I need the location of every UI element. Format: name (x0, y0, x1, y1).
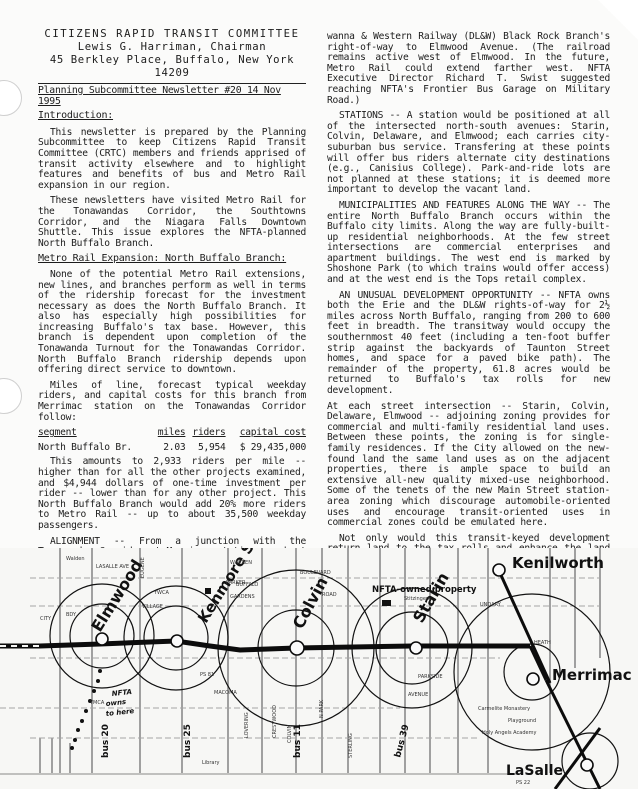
chairman: Lewis G. Harriman, Chairman (38, 41, 306, 54)
municipalities-paragraph: MUNICIPALITIES AND FEATURES ALONG THE WA… (327, 201, 610, 286)
svg-text:Stitzingers: Stitzingers (404, 596, 431, 602)
svg-text:PARKSIDE: PARKSIDE (418, 674, 443, 680)
svg-text:GARDENS: GARDENS (230, 594, 255, 600)
svg-text:STERLING: STERLING (348, 733, 354, 758)
svg-text:YWCA: YWCA (153, 590, 169, 596)
intro-paragraph: This newsletter is prepared by the Plann… (38, 128, 306, 192)
nfta-property-label: NFTA-owned property (372, 585, 477, 595)
col-segment: segment (38, 428, 152, 443)
svg-text:MACOMA: MACOMA (214, 690, 237, 696)
svg-text:WARREN: WARREN (230, 560, 252, 566)
bus-route-20: bus 20 (101, 724, 111, 758)
svg-text:CRESTWOOD: CRESTWOOD (272, 705, 278, 738)
svg-text:VILLAGE: VILLAGE (142, 604, 163, 610)
svg-text:Carmelite Monastery: Carmelite Monastery (478, 706, 530, 712)
svg-text:LASALLE AVE: LASALLE AVE (96, 564, 129, 570)
route-map: Elmwood Kenmore South Colvin Starin Merr… (0, 548, 638, 789)
cost-table: segment miles riders capital cost North … (38, 428, 306, 453)
col-riders: riders (185, 428, 225, 443)
cell-segment: North Buffalo Br. (38, 443, 152, 454)
svg-text:BUFFALO: BUFFALO (236, 582, 258, 588)
expansion-paragraph: Miles of line, forecast typical weekday … (38, 381, 306, 423)
svg-text:PS 22: PS 22 (516, 780, 530, 786)
svg-text:Playground: Playground (508, 718, 536, 724)
svg-text:UNDARY: UNDARY (480, 602, 502, 608)
col-miles: miles (152, 428, 186, 443)
bus-route-25: bus 25 (183, 724, 193, 758)
svg-text:ROAD: ROAD (322, 592, 337, 598)
svg-text:BOULEVARD: BOULEVARD (300, 570, 331, 576)
svg-text:EUGENE: EUGENE (140, 557, 146, 578)
svg-text:HEATH: HEATH (534, 640, 551, 646)
svg-text:Holy Angels Academy: Holy Angels Academy (482, 730, 536, 736)
cell-miles: 2.03 (152, 443, 186, 454)
continued-paragraph: wanna & Western Railway (DL&W) Black Roc… (327, 32, 610, 106)
punch-hole (0, 378, 22, 414)
expansion-paragraph: This amounts to 2,933 riders per mile --… (38, 457, 306, 531)
svg-text:CITY: CITY (40, 616, 52, 622)
newsletter-issue: Planning Subcommittee Newsletter #20 14 … (38, 86, 306, 107)
org-name: CITIZENS RAPID TRANSIT COMMITTEE (38, 28, 306, 41)
table-header-row: segment miles riders capital cost (38, 428, 306, 443)
svg-text:PS 81: PS 81 (200, 672, 214, 678)
svg-text:COLVIN: COLVIN (287, 724, 293, 743)
expansion-paragraph: None of the potential Metro Rail extensi… (38, 270, 306, 376)
stations-paragraph: STATIONS -- A station would be positione… (327, 111, 610, 196)
cell-capital-cost: $ 29,435,000 (226, 443, 306, 454)
right-column: wanna & Western Railway (DL&W) Black Roc… (327, 32, 610, 581)
introduction-heading: Introduction: (38, 111, 306, 122)
masthead: CITIZENS RAPID TRANSIT COMMITTEE Lewis G… (38, 28, 306, 80)
expansion-heading: Metro Rail Expansion: North Buffalo Bran… (38, 254, 306, 265)
svg-text:LOVERING: LOVERING (244, 712, 250, 738)
col-capital-cost: capital cost (226, 428, 306, 443)
table-row: North Buffalo Br. 2.03 5,954 $ 29,435,00… (38, 443, 306, 454)
zoning-paragraph: At each street intersection -- Starin, C… (327, 402, 610, 529)
station-label-lasalle: LaSalle (506, 763, 563, 779)
svg-text:Walden: Walden (66, 556, 85, 562)
cell-riders: 5,954 (185, 443, 225, 454)
svg-text:N PARK: N PARK (319, 699, 325, 718)
intro-paragraph: These newsletters have visited Metro Rai… (38, 196, 306, 249)
station-label-merrimac: Merrimac (552, 666, 632, 684)
svg-text:YMCA: YMCA (89, 700, 105, 706)
address: 45 Berkley Place, Buffalo, New York 1420… (38, 54, 306, 80)
station-label-kenilworth: Kenilworth (512, 554, 604, 572)
divider (38, 83, 306, 84)
development-paragraph: AN UNUSUAL DEVELOPMENT OPPORTUNITY -- NF… (327, 291, 610, 397)
svg-text:BDY: BDY (66, 612, 77, 618)
punch-hole (0, 80, 22, 116)
svg-text:Library: Library (202, 760, 220, 766)
svg-text:AVENUE: AVENUE (408, 692, 428, 698)
left-column: CITIZENS RAPID TRANSIT COMMITTEE Lewis G… (38, 28, 306, 626)
bus-route-11: bus 11 (293, 724, 303, 758)
